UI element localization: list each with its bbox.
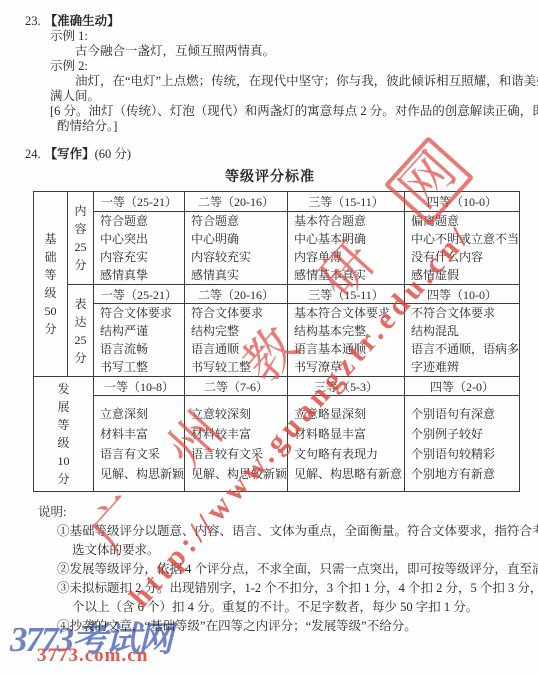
exam-answer-sheet-page: 23.【准确生动】 示例 1: 古今融合一盏灯，互倾互照两情真。 示例 2: 油… (0, 0, 538, 676)
note-line: ③未拟标题扣 2 分。出现错别字，1-2 个不扣分，3 个扣 1 分，4 个扣 … (57, 579, 538, 598)
notes-label: 说明: (38, 503, 538, 522)
grade-header: 一等（25-21） (94, 285, 185, 304)
grade-criteria-cell: 偏离题意中心不明或立意不当没有什么内容感情虚假 (405, 212, 520, 285)
question-title: 【准确生动】 (45, 14, 120, 28)
grade-header: 一等（10-8） (94, 377, 185, 396)
grade-criteria-cell: 符合题意中心明确内容较充实感情真实 (185, 212, 288, 285)
grade-criteria-cell: 基本符合题意中心基本明确内容单薄感情基本真实 (288, 212, 405, 285)
grade-header: 一等（25-21） (94, 192, 185, 212)
grade-criteria-cell: 立意较深刻材料较丰富语言较有文采见解、构思较新颖 (185, 396, 288, 492)
grade-criteria-cell: 符合文体要求结构严谨语言流畅书写工整 (94, 304, 185, 377)
question-23-block: 23.【准确生动】 示例 1: 古今融合一盏灯，互倾互照两情真。 示例 2: 油… (25, 14, 538, 134)
grade-header: 四等（10-0） (405, 285, 520, 304)
question-24-heading: 24.【写作】(60 分) (25, 147, 131, 162)
grade-header: 三等（15-11） (288, 192, 405, 212)
content-section-label: 内容25分 (68, 192, 94, 285)
text-line: 满人间。 (50, 89, 538, 104)
grade-criteria-cell: 立意深刻材料丰富语言有文采见解、构思新颖 (94, 396, 185, 492)
grade-header: 二等（20-16） (185, 192, 288, 212)
note-line: ④抄袭的文章，“基础等级”在四等之内评分；“发展等级”不给分。 (57, 617, 538, 636)
note-line: 选文体的要求。 (72, 541, 538, 560)
site-logo-domain: 3773.com.cn (37, 645, 148, 667)
grade-criteria-cell: 不符合文体要求结构混乱语言不通顺，语病多字迹难辨 (405, 304, 520, 377)
text-line: [6 分。油灯（传统）、灯泡（现代）和两盏灯的寓意每点 2 分。对作品的创意解读… (50, 104, 538, 119)
note-line: ②发展等级评分，依据 4 个评分点，不求全面，只需一点突出，即可按等级评分，直至… (57, 560, 538, 579)
development-level-label: 发展等级10分 (34, 377, 94, 492)
grade-criteria-cell: 符合文体要求结构完整语言通顺书写较工整 (185, 304, 288, 377)
text-line: 油灯，在“电灯”上点燃；传统，在现代中坚守；你与我，彼此倾诉相互照耀，和谐美好 (75, 74, 538, 89)
question-score: (60 分) (95, 147, 131, 161)
question-title: 【写作】 (45, 147, 95, 161)
grade-criteria-cell: 立意略显深刻材料略显丰富文句略有表现力见解、构思略有新意 (288, 396, 405, 492)
note-line: 个以上（含 6 个）扣 4 分。重复的不计。不足字数者，每少 50 字扣 1 分… (72, 598, 538, 617)
grading-rubric-table: 基础等级50分 内容25分 一等（25-21） 二等（20-16） 三等（15-… (33, 191, 520, 492)
question-23-heading: 23.【准确生动】 (25, 14, 538, 29)
base-level-label: 基础等级50分 (34, 192, 68, 377)
note-line: ①基础等级评分以题意、内容、语言、文体为重点，全面衡量。符合文体要求，指符合考生… (57, 522, 538, 541)
grade-criteria-cell: 基本符合文体要求结构基本完整语言基本通顺书写潦草 (288, 304, 405, 377)
grade-header: 二等（20-16） (185, 285, 288, 304)
grade-header: 三等（15-11） (288, 285, 405, 304)
expression-section-label: 表达25分 (68, 285, 94, 377)
grade-criteria-cell: 个别语句有深意个别例子较好个别语句较精彩个别地方有新意 (405, 396, 520, 492)
grade-header: 四等（10-0） (405, 192, 520, 212)
text-line: 示例 1: (50, 29, 538, 44)
text-line: 古今融合一盏灯，互倾互照两情真。 (75, 44, 538, 59)
text-line: 示例 2: (50, 59, 538, 74)
rubric-table-title: 等级评分标准 (33, 166, 507, 186)
question-number: 24. (25, 147, 41, 161)
grade-header: 三等（5-3） (288, 377, 405, 396)
grade-header: 四等（2-0） (405, 377, 520, 396)
grade-header: 二等（7-6） (185, 377, 288, 396)
notes-block: 说明: ①基础等级评分以题意、内容、语言、文体为重点，全面衡量。符合文体要求，指… (38, 503, 538, 636)
question-number: 23. (25, 14, 41, 28)
grade-criteria-cell: 符合题意中心突出内容充实感情真挚 (94, 212, 185, 285)
text-line: 酌情给分。] (57, 119, 538, 134)
